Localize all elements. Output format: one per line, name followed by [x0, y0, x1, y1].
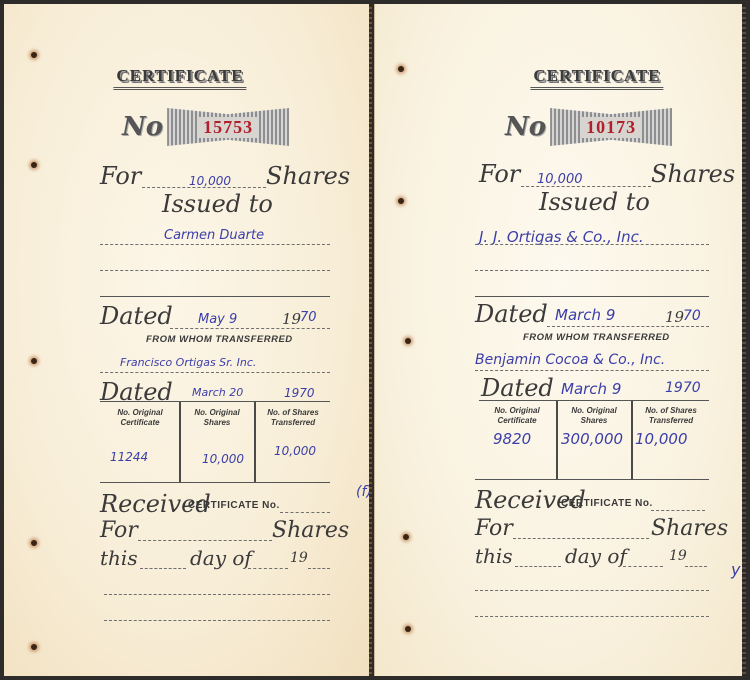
shares-transferred-value: 10,000 [635, 430, 688, 448]
col-header-shares-transferred: No. of Shares Transferred [633, 406, 709, 426]
received-shares-line [513, 538, 649, 539]
original-certificate-value: 9820 [493, 430, 531, 448]
number-sign: No [122, 112, 163, 142]
certificate-number-block: No 15753 [122, 108, 289, 146]
punch-hole [398, 66, 404, 72]
original-shares-value: 300,000 [561, 430, 623, 448]
issued-to-line-2 [475, 270, 709, 271]
table-bottom-rule [475, 479, 709, 480]
transfer-dated-year: 1970 [665, 380, 701, 396]
signature-line-2 [475, 616, 709, 617]
col-header-original-shares: No. Original Shares [558, 406, 630, 426]
dated-label: Dated [100, 302, 173, 330]
punch-hole [31, 52, 37, 58]
dated-year-prefix: 19 [282, 310, 301, 328]
signature-line-1 [475, 590, 709, 591]
month-line [248, 568, 288, 569]
issued-to-label: Issued to [539, 188, 650, 216]
number-sign: No [505, 112, 546, 142]
received-for-label: For [100, 518, 138, 543]
transferred-heading: FROM WHOM TRANSFERRED [146, 334, 293, 345]
for-label: For [479, 160, 520, 188]
received-shares-label: Shares [272, 518, 349, 543]
original-shares-value: 10,000 [202, 452, 244, 466]
col-header-shares-transferred: No. of Shares Transferred [256, 408, 330, 428]
punch-hole [31, 644, 37, 650]
punch-hole [398, 198, 404, 204]
received-certificate-label: CERTIFICATE No. [561, 498, 653, 509]
certificate-number: 10173 [581, 117, 641, 138]
received-shares-line [138, 540, 272, 541]
day-of-label: day of [565, 544, 627, 568]
transfer-dated-label: Dated [481, 374, 554, 402]
divider [475, 296, 709, 297]
shares-value: 10,000 [189, 174, 231, 188]
table-bottom-rule [100, 482, 330, 483]
received-cert-line [651, 510, 705, 511]
certificate-stub-right: Certificate No 10173 For 10,000 Shares I… [374, 4, 746, 676]
day-line [140, 568, 186, 569]
transfer-dated-month-day: March 20 [192, 386, 243, 399]
certificate-number: 15753 [198, 117, 258, 138]
certificate-stub-left: Certificate No 15753 For 10,000 Shares I… [4, 4, 372, 676]
shares-label: Shares [651, 160, 735, 188]
punch-hole [405, 338, 411, 344]
issued-to-label: Issued to [162, 190, 273, 218]
margin-note: (f) [356, 484, 372, 500]
issued-to-line [475, 244, 709, 245]
transfer-dated-month-day: March 9 [561, 380, 621, 398]
for-label: For [100, 162, 141, 190]
original-certificate-value: 11244 [110, 450, 148, 464]
col-header-original-certificate: No. Original Certificate [102, 408, 178, 428]
year-line [685, 566, 707, 567]
col-header-original-certificate: No. Original Certificate [479, 406, 555, 426]
table-top-rule [100, 401, 330, 402]
dated-year-suffix: 70 [683, 308, 701, 324]
punch-hole [31, 540, 37, 546]
year-line [308, 568, 330, 569]
number-plate: 10173 [550, 108, 672, 146]
signature-line-2 [104, 620, 330, 621]
punch-hole [31, 162, 37, 168]
year-prefix: 19 [669, 548, 687, 564]
margin-note: y [731, 560, 740, 579]
issued-to-value: Carmen Duarte [164, 228, 264, 243]
issued-to-line [100, 244, 330, 245]
shares-label: Shares [266, 162, 350, 190]
dated-line [547, 326, 709, 327]
transferred-from-line [100, 372, 330, 373]
dated-year-suffix: 70 [300, 310, 317, 325]
signature-line-1 [104, 594, 330, 595]
dated-line [170, 328, 330, 329]
day-line [515, 566, 561, 567]
issued-to-line-2 [100, 270, 330, 271]
punch-hole [403, 534, 409, 540]
shares-value: 10,000 [537, 172, 583, 187]
dated-month-day: March 9 [555, 306, 615, 324]
month-line [623, 566, 663, 567]
dated-month-day: May 9 [198, 312, 237, 327]
day-of-label: day of [190, 546, 252, 570]
shares-transferred-value: 10,000 [274, 444, 316, 458]
transferred-from-line [475, 370, 709, 371]
this-label: this [100, 546, 138, 570]
year-prefix: 19 [290, 550, 308, 566]
table-top-rule [479, 400, 709, 401]
dated-label: Dated [475, 300, 548, 328]
transferred-from: Francisco Ortigas Sr. Inc. [120, 356, 256, 369]
col-header-original-shares: No. Original Shares [181, 408, 253, 428]
punch-hole [31, 358, 37, 364]
certificate-title: Certificate [530, 66, 663, 90]
transferred-heading: FROM WHOM TRANSFERRED [523, 332, 670, 343]
transfer-dated-year: 1970 [284, 386, 315, 400]
dated-year-prefix: 19 [665, 308, 684, 326]
this-label: this [475, 544, 513, 568]
received-cert-line [280, 512, 330, 513]
divider [100, 296, 330, 297]
received-certificate-label: CERTIFICATE No. [188, 500, 280, 511]
certificate-number-block: No 10173 [505, 108, 672, 146]
certificate-title: Certificate [113, 66, 246, 90]
received-for-label: For [475, 516, 513, 541]
number-plate: 15753 [167, 108, 289, 146]
received-shares-label: Shares [651, 516, 728, 541]
transferred-from: Benjamin Cocoa & Co., Inc. [475, 352, 665, 368]
punch-hole [405, 626, 411, 632]
